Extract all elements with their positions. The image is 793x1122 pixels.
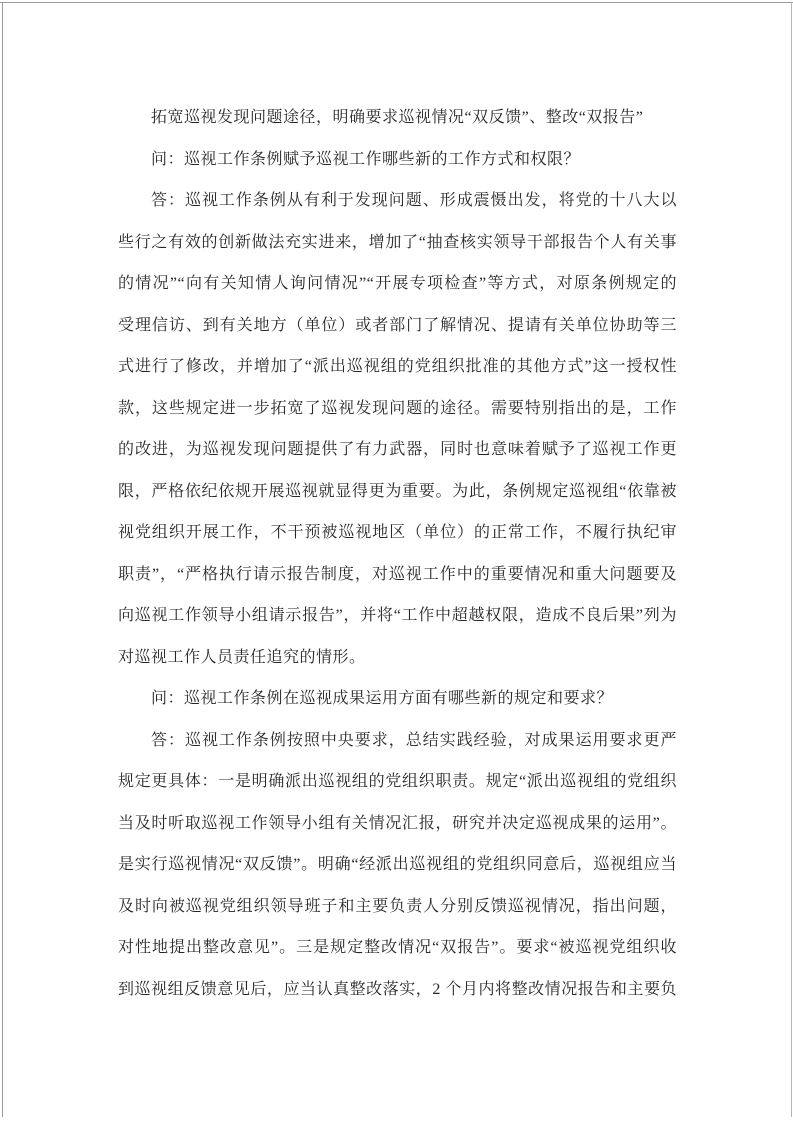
text-line: 规定更具体：一是明确派出巡视组的党组织职责。规定“派出巡视组的党组织应 — [118, 761, 677, 803]
text-line: 式进行了修改，并增加了“派出巡视组的党组织批准的其他方式”这一授权性条 — [118, 346, 677, 388]
page-frame-right-border — [791, 2, 792, 1117]
text-line: 是实行巡视情况“双反馈”。明确“经派出巡视组的党组织同意后，巡视组应当 — [118, 844, 677, 886]
text-line: 问：巡视工作条例赋予巡视工作哪些新的工作方式和权限？ — [118, 139, 677, 181]
document-body: 拓宽巡视发现问题途径，明确要求巡视情况“双反馈”、整改“双报告”问：巡视工作条例… — [118, 97, 677, 1010]
text-line: 的情况”“向有关知情人询问情况”“开展专项检查”等方式，对原条例规定的 — [118, 263, 677, 305]
text-line: 款，这些规定进一步拓宽了巡视发现问题的途径。需要特别指出的是，工作方式 — [118, 388, 677, 430]
text-line: 及时向被巡视党组织领导班子和主要负责人分别反馈巡视情况，指出问题，有针 — [118, 886, 677, 928]
text-line: 对巡视工作人员责任追究的情形。 — [118, 637, 677, 679]
text-line: 答：巡视工作条例从有利于发现问题、形成震慑出发，将党的十八大以来一 — [118, 180, 677, 222]
document-page: 拓宽巡视发现问题途径，明确要求巡视情况“双反馈”、整改“双报告”问：巡视工作条例… — [0, 0, 793, 1122]
text-line: 的改进，为巡视发现问题提供了有力武器，同时也意味着赋予了巡视工作更大权 — [118, 429, 677, 471]
text-line: 当及时听取巡视工作领导小组有关情况汇报，研究并决定巡视成果的运用”。二 — [118, 803, 677, 845]
text-line: 答：巡视工作条例按照中央要求，总结实践经验，对成果运用要求更严格、 — [118, 720, 677, 762]
text-line: 问：巡视工作条例在巡视成果运用方面有哪些新的规定和要求？ — [118, 678, 677, 720]
text-line: 限，严格依纪依规开展巡视就显得更为重要。为此，条例规定巡视组“依靠被巡 — [118, 471, 677, 513]
text-line: 职责”，“严格执行请示报告制度，对巡视工作中的重要情况和重大问题要及时 — [118, 554, 677, 596]
page-frame-left-border — [2, 2, 3, 1117]
text-line: 到巡视组反馈意见后，应当认真整改落实，2 个月内将整改情况报告和主要负责 — [118, 969, 677, 1011]
text-line: 些行之有效的创新做法充实进来，增加了“抽查核实领导干部报告个人有关事项 — [118, 222, 677, 264]
text-line: 拓宽巡视发现问题途径，明确要求巡视情况“双反馈”、整改“双报告” — [118, 97, 677, 139]
text-line: 视党组织开展工作，不干预被巡视地区（单位）的正常工作，不履行执纪审查的 — [118, 512, 677, 554]
page-frame-top-border — [0, 2, 793, 3]
text-line: 向巡视工作领导小组请示报告”，并将“工作中超越权限，造成不良后果”列为 — [118, 595, 677, 637]
text-line: 受理信访、到有关地方（单位）或者部门了解情况、提请有关单位协助等三种方 — [118, 305, 677, 347]
text-line: 对性地提出整改意见”。三是规定整改情况“双报告”。要求“被巡视党组织收 — [118, 927, 677, 969]
